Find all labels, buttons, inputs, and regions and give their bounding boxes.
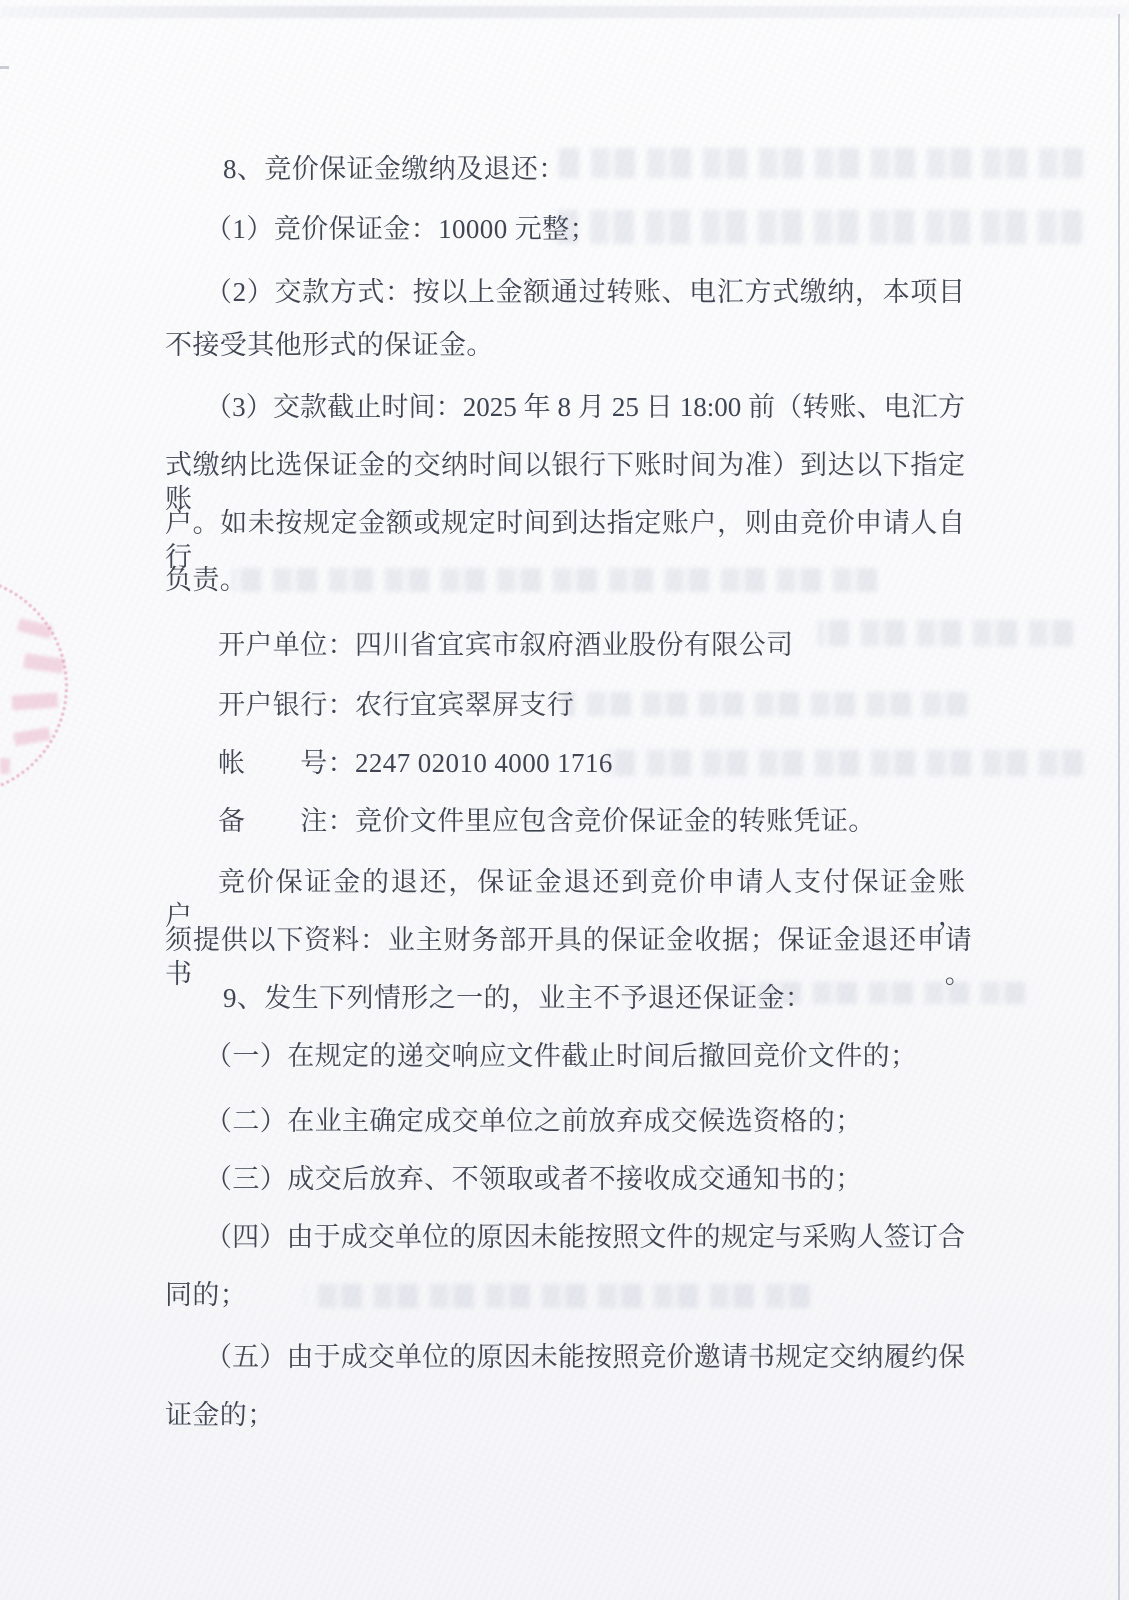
line-item9-heading: 9、发生下列情形之一的，业主不予退还保证金： (165, 981, 965, 1015)
scan-artifact-left-dash (0, 66, 9, 69)
line-payment-method-2: 不接受其他形式的保证金。 (165, 328, 965, 362)
line-item8-heading: 8、竞价保证金缴纳及退还： (165, 152, 965, 186)
line-payment-method-1: （2）交款方式：按以上金额通过转账、电汇方式缴纳，本项目 (165, 275, 965, 309)
seal-text-fragment (0, 758, 10, 774)
line-case-4b: 同的； (165, 1278, 965, 1312)
line-deadline-1: （3）交款截止时间：2025 年 8 月 25 日 18:00 前（转账、电汇方 (165, 390, 965, 424)
line-account-number: 帐 号：2247 02010 4000 1716 (165, 746, 965, 780)
line-bank: 开户银行：农行宜宾翠屏支行 (165, 688, 965, 722)
line-case-3: （三）成交后放弃、不领取或者不接收成交通知书的； (165, 1162, 965, 1196)
line-remark: 备 注：竞价文件里应包含竞价保证金的转账凭证。 (165, 804, 965, 838)
line-deadline-4: 负责。 (165, 563, 965, 597)
line-case-5b: 证金的； (165, 1398, 965, 1432)
line-account-holder: 开户单位：四川省宜宾市叙府酒业股份有限公司 (165, 628, 965, 662)
scan-artifact-top-band (0, 6, 1129, 18)
page-edge-line (1118, 14, 1120, 1600)
line-case-5a: （五）由于成交单位的原因未能按照竞价邀请书规定交纳履约保 (165, 1340, 965, 1374)
document-page: 8、竞价保证金缴纳及退还： （1）竞价保证金：10000 元整； （2）交款方式… (0, 0, 1129, 1600)
seal-text-fragment (12, 692, 59, 710)
line-case-1: （一）在规定的递交响应文件截止时间后撤回竞价文件的； (165, 1039, 965, 1073)
line-case-2: （二）在业主确定成交单位之前放弃成交候选资格的； (165, 1104, 965, 1138)
line-case-4a: （四）由于成交单位的原因未能按照文件的规定与采购人签订合 (165, 1220, 965, 1254)
line-deposit-amount: （1）竞价保证金：10000 元整； (165, 212, 965, 246)
partial-seal-stamp (0, 560, 82, 810)
